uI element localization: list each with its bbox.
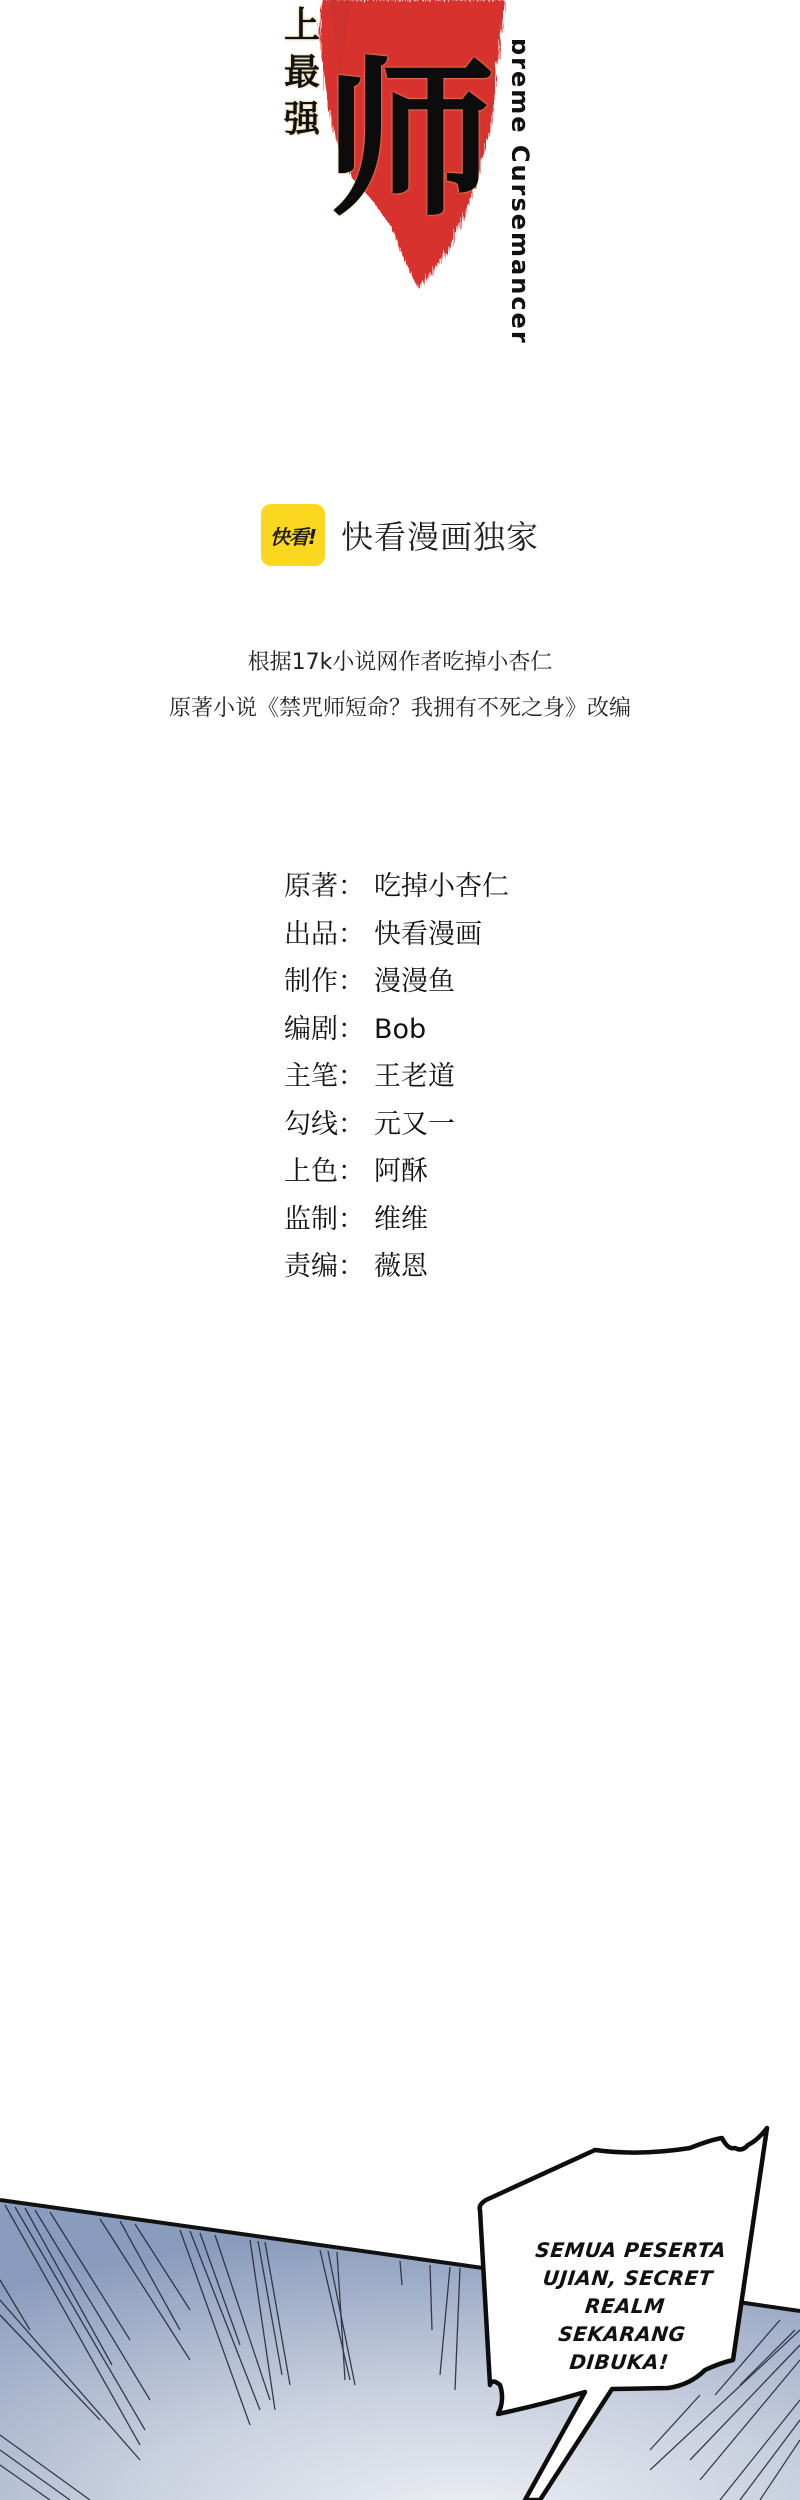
speech-line: SEMUA PESERTA: [524, 2236, 737, 2264]
speech-line: REALM SEKARANG: [516, 2292, 732, 2348]
speech-line: DIBUKA!: [513, 2348, 726, 2376]
speech-line: UJIAN, SECRET: [521, 2264, 734, 2292]
speech-bubble: [0, 0, 800, 2500]
speech-bubble-text: SEMUA PESERTA UJIAN, SECRET REALM SEKARA…: [513, 2236, 738, 2376]
